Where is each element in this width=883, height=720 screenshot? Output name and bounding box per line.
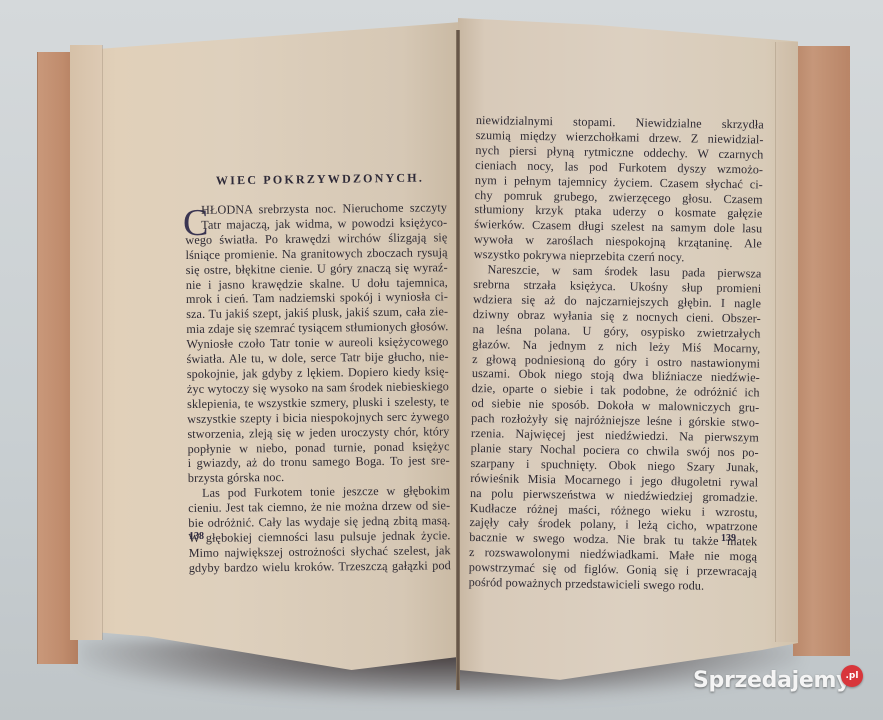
watermark-badge: .pl — [841, 665, 863, 687]
right-page-text: niewidzialnymi stopami. Niewidzialne skr… — [469, 113, 764, 594]
left-page-stack-edge — [70, 45, 102, 640]
page-number-right: 139 — [721, 533, 736, 544]
book-cover-right — [793, 46, 850, 656]
text-line: gdyby bardzo wielu kroków. Trzeszczą gał… — [189, 558, 451, 576]
left-page-text: HŁODNA srebrzysta noc. Nieruchome szczyt… — [185, 200, 451, 575]
chapter-title: WIEC POKRZYWDZONYCH. — [215, 171, 425, 189]
book-gutter — [456, 30, 460, 690]
right-page-stack-edge — [776, 42, 798, 642]
watermark-logo-text: Sprzedajemy — [693, 668, 850, 693]
text-line: i gwiazdy, aż do tronu samego Boga. To j… — [188, 454, 450, 472]
page-number-left: 138 — [189, 531, 204, 542]
